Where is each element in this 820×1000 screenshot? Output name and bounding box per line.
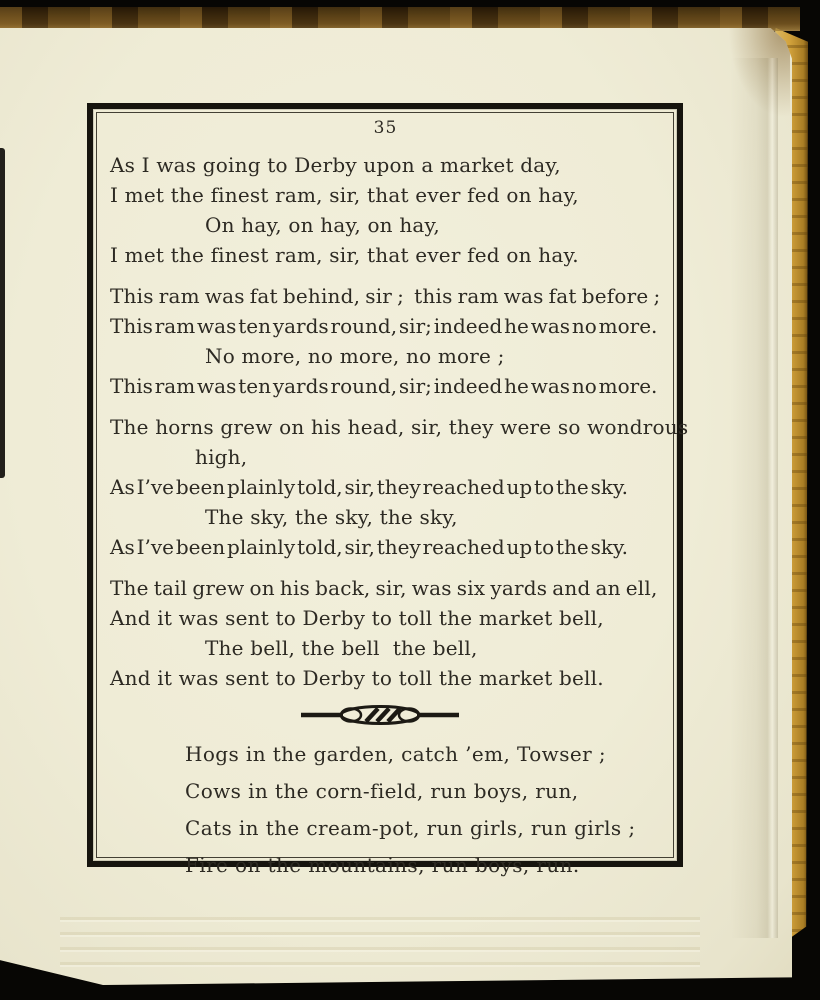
closing-verse: Hogs in the garden, catch ’em, Towser ; … [185,736,661,884]
poem-line: The sky, the sky, the sky, [205,502,661,532]
poem-line: I met the finest ram, sir, that ever fed… [110,240,661,270]
page-border-inner-rule: 35 As I was going to Derby upon a market… [96,112,674,858]
poem-line: The bell, the bell the bell, [205,633,661,663]
scanned-book-photo: 35 As I was going to Derby upon a market… [0,0,820,1000]
stanza-2: This ram was fat behind, sir ; this ram … [110,281,661,401]
page-stack-edges [60,907,700,977]
stanza-4: The tail grew on his back, sir, was six … [110,573,661,693]
book-page: 35 As I was going to Derby upon a market… [0,28,792,985]
poem-line: Cats in the cream-pot, run girls, run gi… [185,810,661,847]
stanza-1: As I was going to Derby upon a market da… [110,150,661,270]
poem-line: This ram was ten yards round, sir; indee… [110,371,661,401]
rope-knot-divider-icon [110,704,649,726]
poem-line: On hay, on hay, on hay, [205,210,661,240]
book-spine-shadow [0,148,5,478]
poem-line: Fire on the mountains, run boys, run. [185,847,661,884]
poem-line: As I’ve been plainly told, sir, they rea… [110,472,661,502]
poem-line: Cows in the corn-field, run boys, run, [185,773,661,810]
poem-line: The tail grew on his back, sir, was six … [110,573,661,603]
poem-line: And it was sent to Derby to toll the mar… [110,603,661,633]
poem-line: No more, no more, no more ; [205,341,661,371]
page-border-frame: 35 As I was going to Derby upon a market… [87,103,683,867]
poem-line: As I’ve been plainly told, sir, they rea… [110,532,661,562]
poem-line: This ram was ten yards round, sir; indee… [110,311,661,341]
poem-line: Hogs in the garden, catch ’em, Towser ; [185,736,661,773]
page-curl-shading [730,58,778,938]
page-number: 35 [110,118,661,138]
poem-line: And it was sent to Derby to toll the mar… [110,663,661,693]
poem-line: high, [195,442,661,472]
poem-line: As I was going to Derby upon a market da… [110,150,661,180]
stanza-3: The horns grew on his head, sir, they we… [110,412,661,562]
poem-line: The horns grew on his head, sir, they we… [110,412,661,442]
poem-line: This ram was fat behind, sir ; this ram … [110,281,661,311]
book-top-edge [0,7,800,31]
poem-line: I met the finest ram, sir, that ever fed… [110,180,661,210]
